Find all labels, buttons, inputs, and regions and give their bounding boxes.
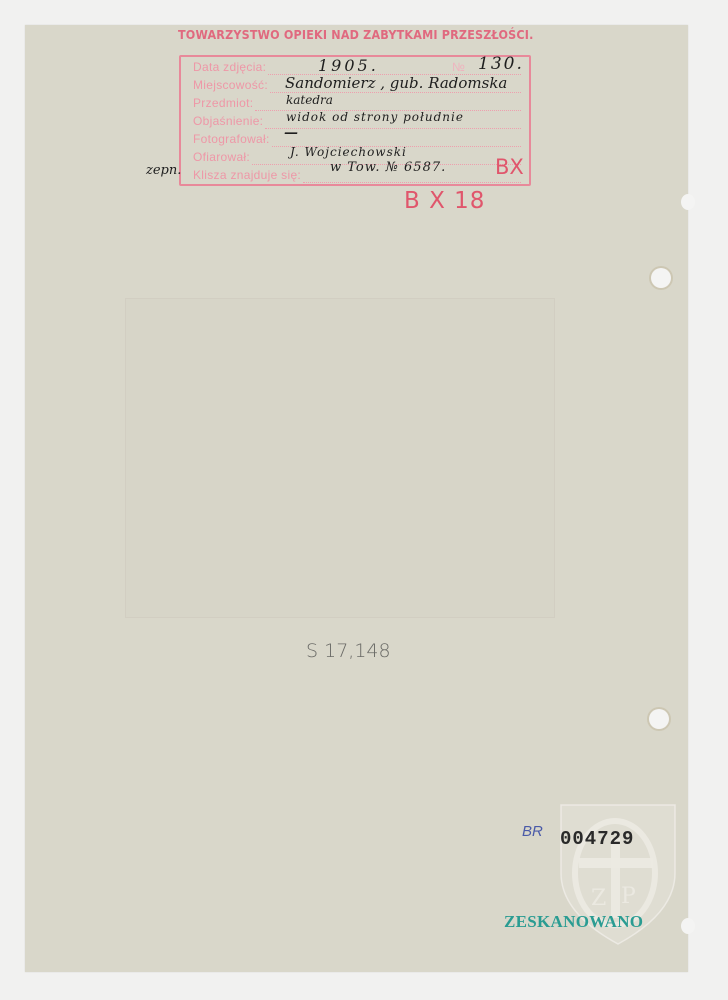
donor-value: J. Wojciechowski — [290, 145, 407, 159]
punch-notch-bottom — [681, 918, 695, 934]
field-label: Miejscowość: — [193, 78, 268, 93]
field-label: Klisza znajduje się: — [193, 168, 301, 183]
svg-text:P: P — [621, 884, 636, 909]
subject-value: katedra — [286, 93, 333, 107]
punch-hole-lower — [649, 709, 669, 729]
place-value: Sandomierz , gub. Radomska — [285, 74, 507, 92]
field-label: Przedmiot: — [193, 96, 253, 111]
number-value: 130. — [478, 54, 524, 74]
red-mark: BX — [495, 155, 524, 179]
negative-location-value: w Tow. № 6587. — [330, 160, 446, 175]
br-label: BR — [522, 823, 543, 840]
punch-hole-upper — [651, 268, 671, 288]
field-label: Data zdjęcia: — [193, 60, 266, 75]
margin-note: zepn. — [146, 163, 181, 178]
svg-text:Z: Z — [591, 886, 606, 911]
field-subject: Przedmiot: — [193, 93, 521, 111]
field-label: Ofiarował: — [193, 150, 250, 165]
field-label: Fotografował: — [193, 132, 270, 147]
field-label: Objaśnienie: — [193, 114, 263, 129]
scanned-stamp: ZESKANOWANO — [504, 912, 643, 932]
photographer-value: — — [284, 125, 298, 141]
red-pencil-code: B X 18 — [404, 188, 485, 214]
faint-photo-imprint — [125, 298, 555, 618]
punch-notch-top — [681, 194, 695, 210]
pencil-note: S 17,148 — [306, 640, 391, 662]
society-stamp-title: TOWARZYSTWO OPIEKI NAD ZABYTKAMI PRZESZŁ… — [178, 28, 513, 42]
number-label: № — [452, 60, 465, 74]
description-value: widok od strony południe — [286, 110, 464, 124]
date-value: 1905. — [318, 56, 379, 75]
inventory-number: 004729 — [560, 828, 634, 850]
